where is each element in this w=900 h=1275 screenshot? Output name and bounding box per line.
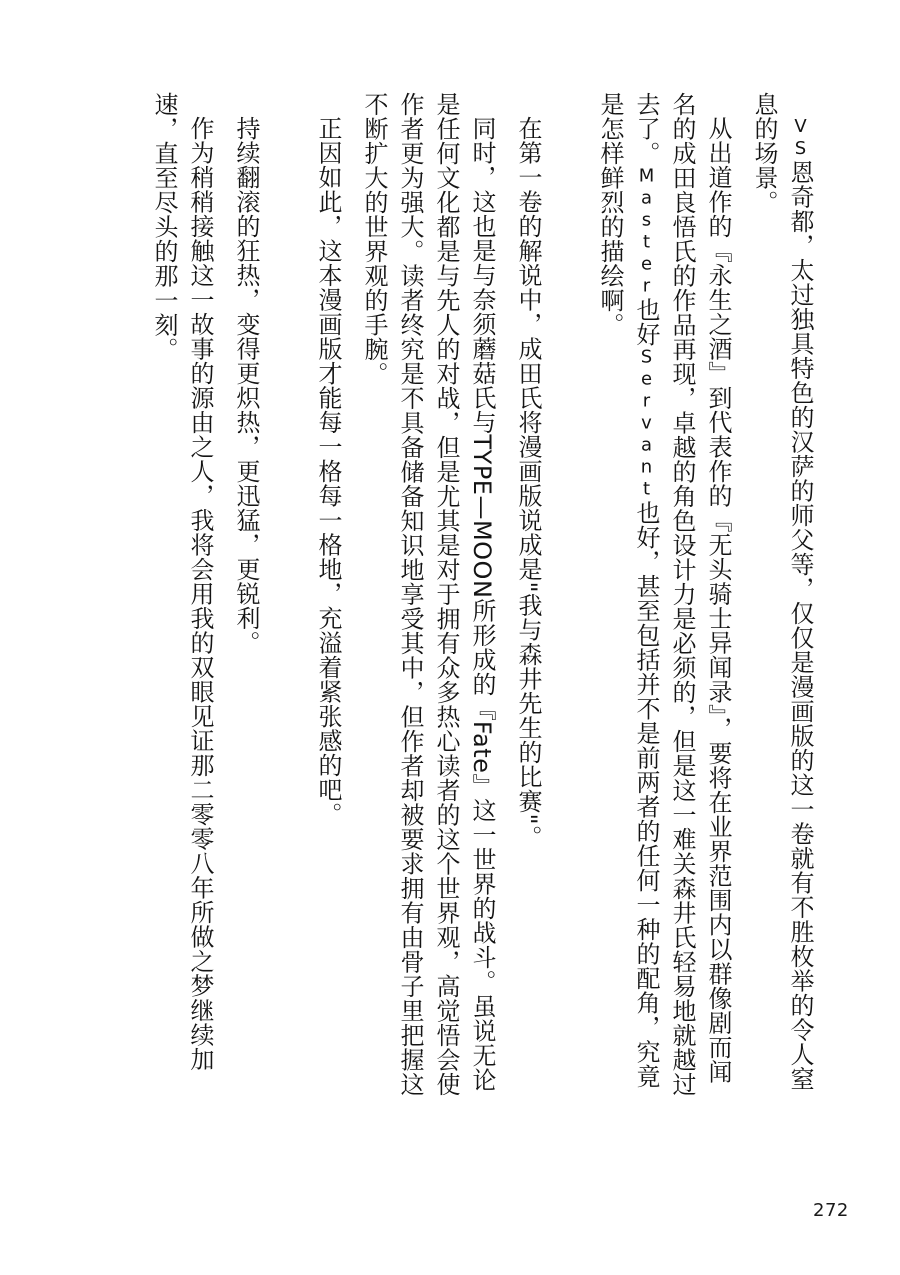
page-number: 272	[813, 1200, 849, 1221]
afterword-paragraph: VS恩奇都，太过独具特色的汉萨的师父等，仅仅是漫画版的这一卷就有不胜枚举的令人窒…	[746, 92, 818, 1102]
cjk-text: 也好	[632, 298, 660, 347]
afterword-paragraph: 从出道作的『永生之酒』到代表作的『无头骑士异闻录』，要将在业界范围内以群像剧而闻…	[592, 92, 736, 1102]
latin-text: Servant	[636, 347, 657, 501]
afterword-paragraph: 在第一卷的解说中，成田氏将漫画版说成是"我与森井先生的比赛"。	[510, 92, 546, 1102]
afterword-paragraph: 作为稍稍接触这一故事的源由之人，我将会用我的双眼见证那二零零八年所做之梦继续加速…	[146, 92, 218, 1102]
cjk-text: 恩奇都，太过独具特色的汉萨的师父等，仅仅是漫画版的这一卷就有不胜枚举的令人窒息的…	[750, 92, 814, 1091]
latin-text: VS	[790, 116, 811, 160]
afterword-paragraph: 持续翻滚的狂热，变得更炽热，更迅猛，更锐利。	[228, 92, 264, 1102]
cjk-text: 正因如此，这本漫画版才能每一格每一格地，充溢着紧张感的吧。	[314, 116, 342, 827]
cjk-text: 同时，这也是与奈须蘑菇氏与TYPE—MOON所形成的『Fate』这一世界的战斗。…	[360, 92, 496, 1097]
latin-text: Master	[636, 166, 657, 298]
cjk-text: 作为稍稍接触这一故事的源由之人，我将会用我的双眼见证那二零零八年所做之梦继续加速…	[150, 92, 214, 1072]
cjk-text: 持续翻滚的狂热，变得更炽热，更迅猛，更锐利。	[232, 116, 260, 655]
afterword-paragraph: 正因如此，这本漫画版才能每一格每一格地，充溢着紧张感的吧。	[310, 92, 346, 1102]
afterword-text: VS恩奇都，太过独具特色的汉萨的师父等，仅仅是漫画版的这一卷就有不胜枚举的令人窒…	[146, 92, 818, 1102]
afterword-paragraph: 同时，这也是与奈须蘑菇氏与TYPE—MOON所形成的『Fate』这一世界的战斗。…	[356, 92, 500, 1102]
cjk-text: 在第一卷的解说中，成田氏将漫画版说成是"我与森井先生的比赛"。	[514, 116, 542, 850]
